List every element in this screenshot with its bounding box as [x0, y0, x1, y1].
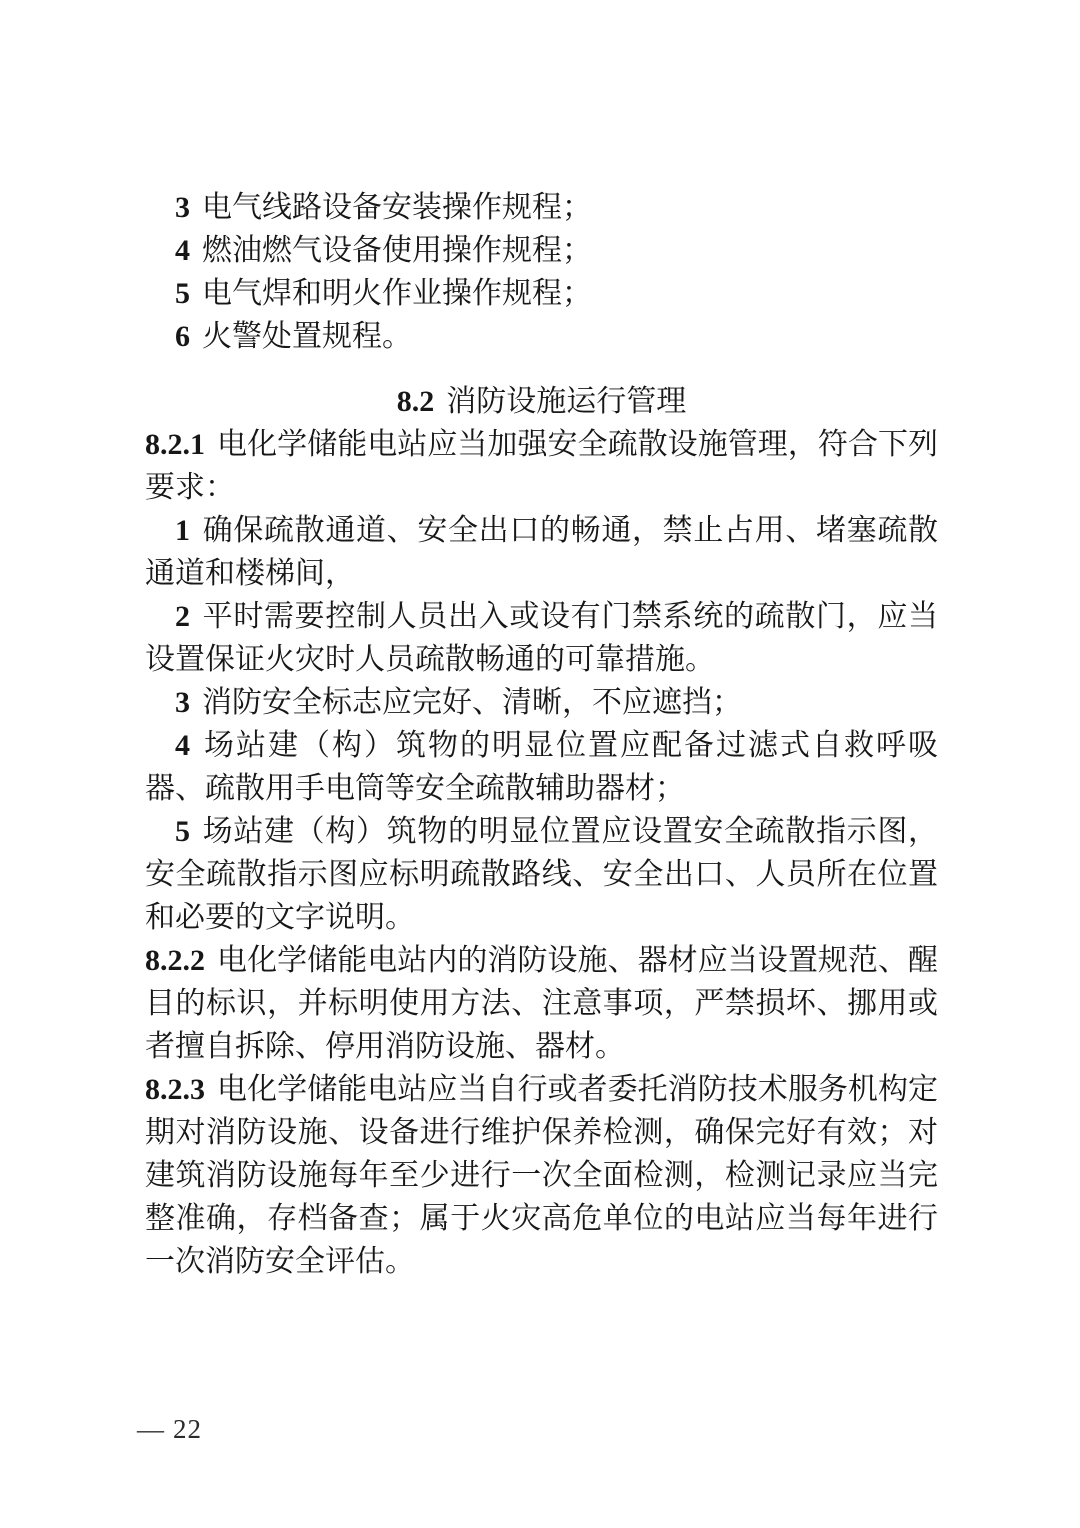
footer-dash: — [137, 1414, 165, 1444]
list-item-text: 消防安全标志应完好、清晰，不应遮挡； [202, 686, 742, 719]
list-item-text: 确保疏散通道、安全出口的畅通，禁止占用、堵塞疏散通道和楼梯间， [145, 514, 938, 590]
list-item-text: 场站建（构）筑物的明显位置应配备过滤式自救呼吸器、疏散用手电筒等安全疏散辅助器材… [145, 729, 938, 805]
clause-number: 8.2.1 [145, 428, 205, 461]
page-number: 22 [173, 1414, 202, 1444]
list-item-text: 火警处置规程。 [202, 320, 412, 353]
list-item-number: 5 [175, 277, 190, 310]
list-item-number: 3 [175, 686, 190, 719]
list-item-text: 平时需要控制人员出入或设有门禁系统的疏散门，应当设置保证火灾时人员疏散畅通的可靠… [145, 600, 938, 676]
list-item-number: 3 [175, 191, 190, 224]
list-item-number: 4 [175, 729, 190, 762]
page-footer: —22 [137, 1412, 202, 1446]
list-item-number: 6 [175, 320, 190, 353]
clause-text: 电化学储能电站应当自行或者委托消防技术服务机构定期对消防设施、设备进行维护保养检… [145, 1073, 938, 1278]
list-item-number: 4 [175, 234, 190, 267]
clause-number: 8.2.3 [145, 1073, 205, 1106]
clause-text: 电化学储能电站应当加强安全疏散设施管理，符合下列要求： [145, 428, 938, 504]
list-item-4b: 4场站建（构）筑物的明显位置应配备过滤式自救呼吸器、疏散用手电筒等安全疏散辅助器… [145, 724, 938, 810]
section-number: 8.2 [397, 385, 435, 418]
clause-8.2.3: 8.2.3电化学储能电站应当自行或者委托消防技术服务机构定期对消防设施、设备进行… [145, 1068, 938, 1283]
list-item-number: 1 [175, 514, 190, 547]
list-item-6: 6火警处置规程。 [145, 315, 938, 358]
list-item-number: 5 [175, 815, 190, 848]
list-item-4: 4燃油燃气设备使用操作规程； [145, 229, 938, 272]
clause-text: 电化学储能电站内的消防设施、器材应当设置规范、醒目的标识，并标明使用方法、注意事… [145, 944, 938, 1063]
list-item-5b: 5场站建（构）筑物的明显位置应设置安全疏散指示图，安全疏散指示图应标明疏散路线、… [145, 810, 938, 939]
document-content: 3电气线路设备安装操作规程； 4燃油燃气设备使用操作规程； 5电气焊和明火作业操… [145, 186, 938, 1283]
clause-8.2.2: 8.2.2电化学储能电站内的消防设施、器材应当设置规范、醒目的标识，并标明使用方… [145, 939, 938, 1068]
list-item-3: 3电气线路设备安装操作规程； [145, 186, 938, 229]
section-title: 消防设施运行管理 [446, 385, 686, 418]
list-item-2: 2平时需要控制人员出入或设有门禁系统的疏散门，应当设置保证火灾时人员疏散畅通的可… [145, 595, 938, 681]
list-item-text: 电气线路设备安装操作规程； [202, 191, 592, 224]
section-heading-8.2: 8.2消防设施运行管理 [145, 380, 938, 423]
list-item-number: 2 [175, 600, 190, 633]
clause-8.2.1: 8.2.1电化学储能电站应当加强安全疏散设施管理，符合下列要求： [145, 423, 938, 509]
list-item-1: 1确保疏散通道、安全出口的畅通，禁止占用、堵塞疏散通道和楼梯间， [145, 509, 938, 595]
list-item-text: 电气焊和明火作业操作规程； [202, 277, 592, 310]
list-item-3b: 3消防安全标志应完好、清晰，不应遮挡； [145, 681, 938, 724]
document-page: 3电气线路设备安装操作规程； 4燃油燃气设备使用操作规程； 5电气焊和明火作业操… [0, 0, 1080, 1528]
list-item-text: 场站建（构）筑物的明显位置应设置安全疏散指示图，安全疏散指示图应标明疏散路线、安… [145, 815, 938, 934]
list-item-text: 燃油燃气设备使用操作规程； [202, 234, 592, 267]
clause-number: 8.2.2 [145, 944, 205, 977]
list-item-5: 5电气焊和明火作业操作规程； [145, 272, 938, 315]
